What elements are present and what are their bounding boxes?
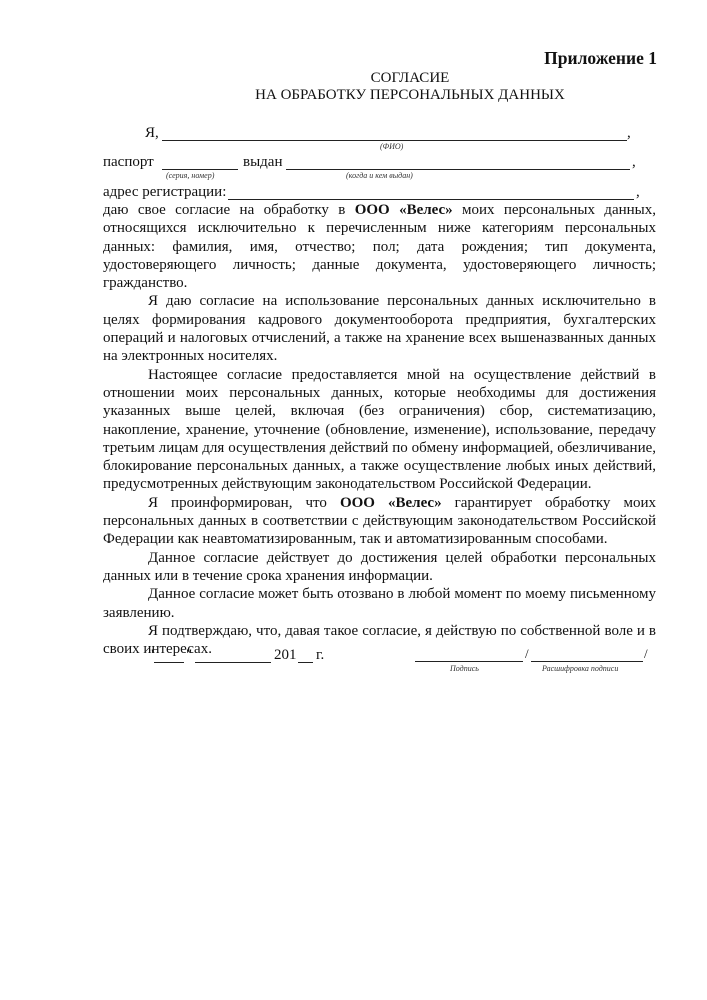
date-year-field[interactable] [298,662,313,663]
company-name: ООО «Велес» [340,495,442,511]
paragraph-2: Я даю согласие на использование персонал… [103,292,656,365]
paragraph-5: Данное согласие действует до достижения … [103,549,656,586]
date-month-field[interactable] [195,662,271,663]
passport-number-field[interactable] [162,169,238,170]
paragraph-1: даю свое согласие на обработку в ООО «Ве… [103,201,656,292]
issued-by-field[interactable] [286,169,630,170]
date-quote-close: " [186,647,192,664]
issued-by-caption: (когда и кем выдан) [346,171,413,180]
signature-field[interactable] [415,661,523,662]
signature-caption: Подпись [450,664,479,673]
address-comma: , [636,184,640,201]
signature-slash-2: / [644,646,648,662]
passport-label: паспорт [103,154,154,171]
address-label: адрес регистрации: [103,184,226,201]
date-day-field[interactable] [154,662,184,663]
passport-number-caption: (серия, номер) [166,171,214,180]
name-prefix: Я, [145,125,159,142]
signature-slash-1: / [525,646,529,662]
company-name: ООО «Велес» [355,202,453,218]
signature-decode-field[interactable] [531,661,643,662]
appendix-label: Приложение 1 [544,48,657,69]
year-prefix: 201 [274,647,297,664]
name-comma: , [627,125,631,142]
name-caption: (ФИО) [380,142,403,151]
year-suffix: г. [316,647,324,664]
title-line-2: НА ОБРАБОТКУ ПЕРСОНАЛЬНЫХ ДАННЫХ [0,87,707,104]
signature-decode-caption: Расшифровка подписи [542,664,618,673]
paragraph-6: Данное согласие может быть отозвано в лю… [103,585,656,622]
paragraph-3: Настоящее согласие предоставляется мной … [103,366,656,494]
paragraph-4: Я проинформирован, что ООО «Велес» гаран… [103,494,656,549]
issued-comma: , [632,154,636,171]
issued-label: выдан [243,154,282,171]
consent-body: даю свое согласие на обработку в ООО «Ве… [103,201,656,658]
name-field[interactable] [162,140,627,141]
document-title: СОГЛАСИЕ НА ОБРАБОТКУ ПЕРСОНАЛЬНЫХ ДАННЫ… [0,70,707,104]
address-field[interactable] [228,199,634,200]
title-line-1: СОГЛАСИЕ [0,70,707,87]
